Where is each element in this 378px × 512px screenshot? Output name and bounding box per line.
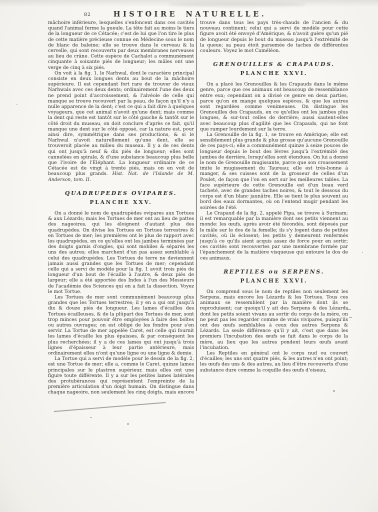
paragraph-text: On voit à la fig. 1, le Narhwal, dont le… bbox=[48, 70, 194, 176]
plate-heading: PLANCHE XXVI. bbox=[200, 71, 348, 77]
body-paragraph: On voit à la fig. 1, le Narhwal, dont le… bbox=[48, 70, 194, 182]
body-paragraph: trouve dans tous les pays très-chauds de… bbox=[200, 20, 348, 54]
scan-speckle bbox=[333, 390, 335, 392]
column-divider-rule bbox=[196, 18, 197, 391]
plate-heading: PLANCHE XXVI. bbox=[200, 278, 348, 284]
body-paragraph: Les Reptiles en général ont le corps nud… bbox=[200, 350, 348, 372]
scan-speckle bbox=[127, 423, 129, 425]
body-paragraph: La Tortue qui a servi de modèle pour le … bbox=[48, 356, 194, 396]
body-paragraph: On comprend sous le nom de reptiles non … bbox=[200, 289, 348, 351]
scan-speckle bbox=[16, 104, 18, 105]
section-heading: REPTILES ou SERPENS. bbox=[200, 268, 348, 275]
scan-speckle bbox=[347, 309, 351, 310]
section-heading: GRENOUILLES & CRAPAUDS. bbox=[200, 61, 348, 68]
scan-speckle bbox=[362, 252, 363, 253]
left-column: mâchoire inférieure, lesquelles s'enfonc… bbox=[48, 20, 194, 396]
section-heading: QUADRUPEDES OVIPARES. bbox=[48, 190, 194, 197]
body-paragraph: mâchoire inférieure, lesquelles s'enfonc… bbox=[48, 20, 194, 70]
right-column: trouve dans tous les pays très-chauds de… bbox=[200, 20, 348, 396]
scan-speckle bbox=[349, 317, 352, 318]
body-paragraph: On a donné le nom de quadrupèdes ovipare… bbox=[48, 210, 194, 294]
scan-smudge-artifact bbox=[168, 2, 306, 7]
body-paragraph: Les Tortues de mer sont communément beau… bbox=[48, 294, 194, 356]
plate-heading: PLANCHE XXV. bbox=[48, 199, 194, 205]
body-paragraph: Le Crapaud de la fig. 2, appelé Pipa, se… bbox=[200, 210, 348, 260]
running-title: HISTOIRE NATURELLE. bbox=[15, 10, 365, 19]
scanned-book-page: 82 HISTOIRE NATURELLE. mâchoire inférieu… bbox=[0, 0, 378, 512]
scan-speckle bbox=[90, 417, 92, 418]
body-paragraph: La Grenouille de la fig. 1, se trouve en… bbox=[200, 132, 348, 210]
body-paragraph: On a placé les Grenouilles & les Crapaud… bbox=[200, 82, 348, 132]
